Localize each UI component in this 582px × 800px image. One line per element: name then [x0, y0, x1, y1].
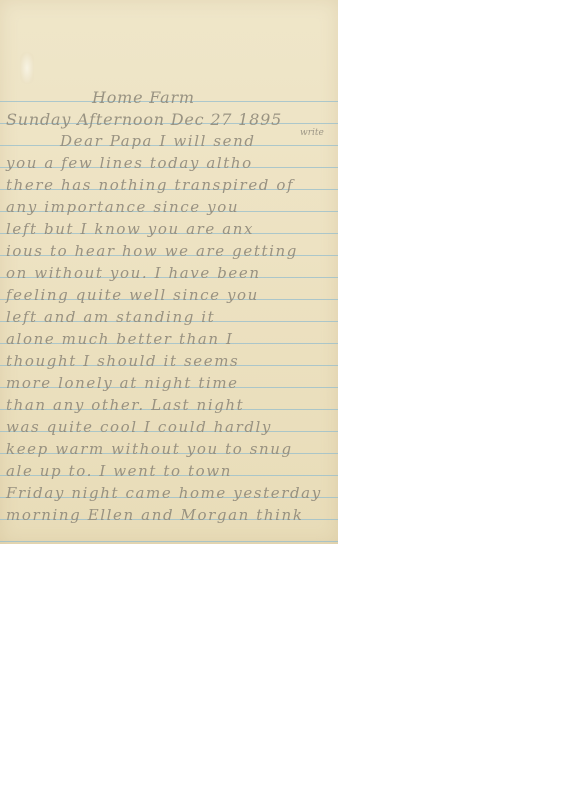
- letter-line: was quite cool I could hardly: [6, 418, 272, 436]
- letter-line: on without you. I have been: [6, 264, 261, 282]
- letter-line: Dear Papa I will send: [60, 132, 256, 150]
- letter-line: there has nothing transpired of: [6, 176, 294, 194]
- letter-line: than any other. Last night: [6, 396, 244, 414]
- letter-place: Home Farm: [92, 88, 195, 107]
- letter-line: feeling quite well since you: [6, 286, 259, 304]
- letter-line: ale up to. I went to town: [6, 462, 232, 480]
- letter-dateline: Sunday Afternoon Dec 27 1895: [6, 110, 282, 129]
- letter-line: thought I should it seems: [6, 352, 239, 370]
- letter-line: morning Ellen and Morgan think: [6, 506, 304, 524]
- interlinear-insert: write: [300, 128, 324, 138]
- letter-line: any importance since you: [6, 198, 239, 216]
- letter-line: ious to hear how we are getting: [6, 242, 298, 260]
- letter-line: left but I know you are anx: [6, 220, 254, 238]
- letter-line: Friday night came home yesterday: [6, 484, 322, 502]
- letter-line: keep warm without you to snug: [6, 440, 293, 458]
- paper-emboss-mark: [20, 52, 34, 84]
- letter-line: left and am standing it: [6, 308, 215, 326]
- letter-line: you a few lines today altho: [6, 154, 253, 172]
- letter-page: Home Farm Sunday Afternoon Dec 27 1895 w…: [0, 0, 338, 544]
- letter-line: alone much better than I: [6, 330, 234, 348]
- letter-line: more lonely at night time: [6, 374, 239, 392]
